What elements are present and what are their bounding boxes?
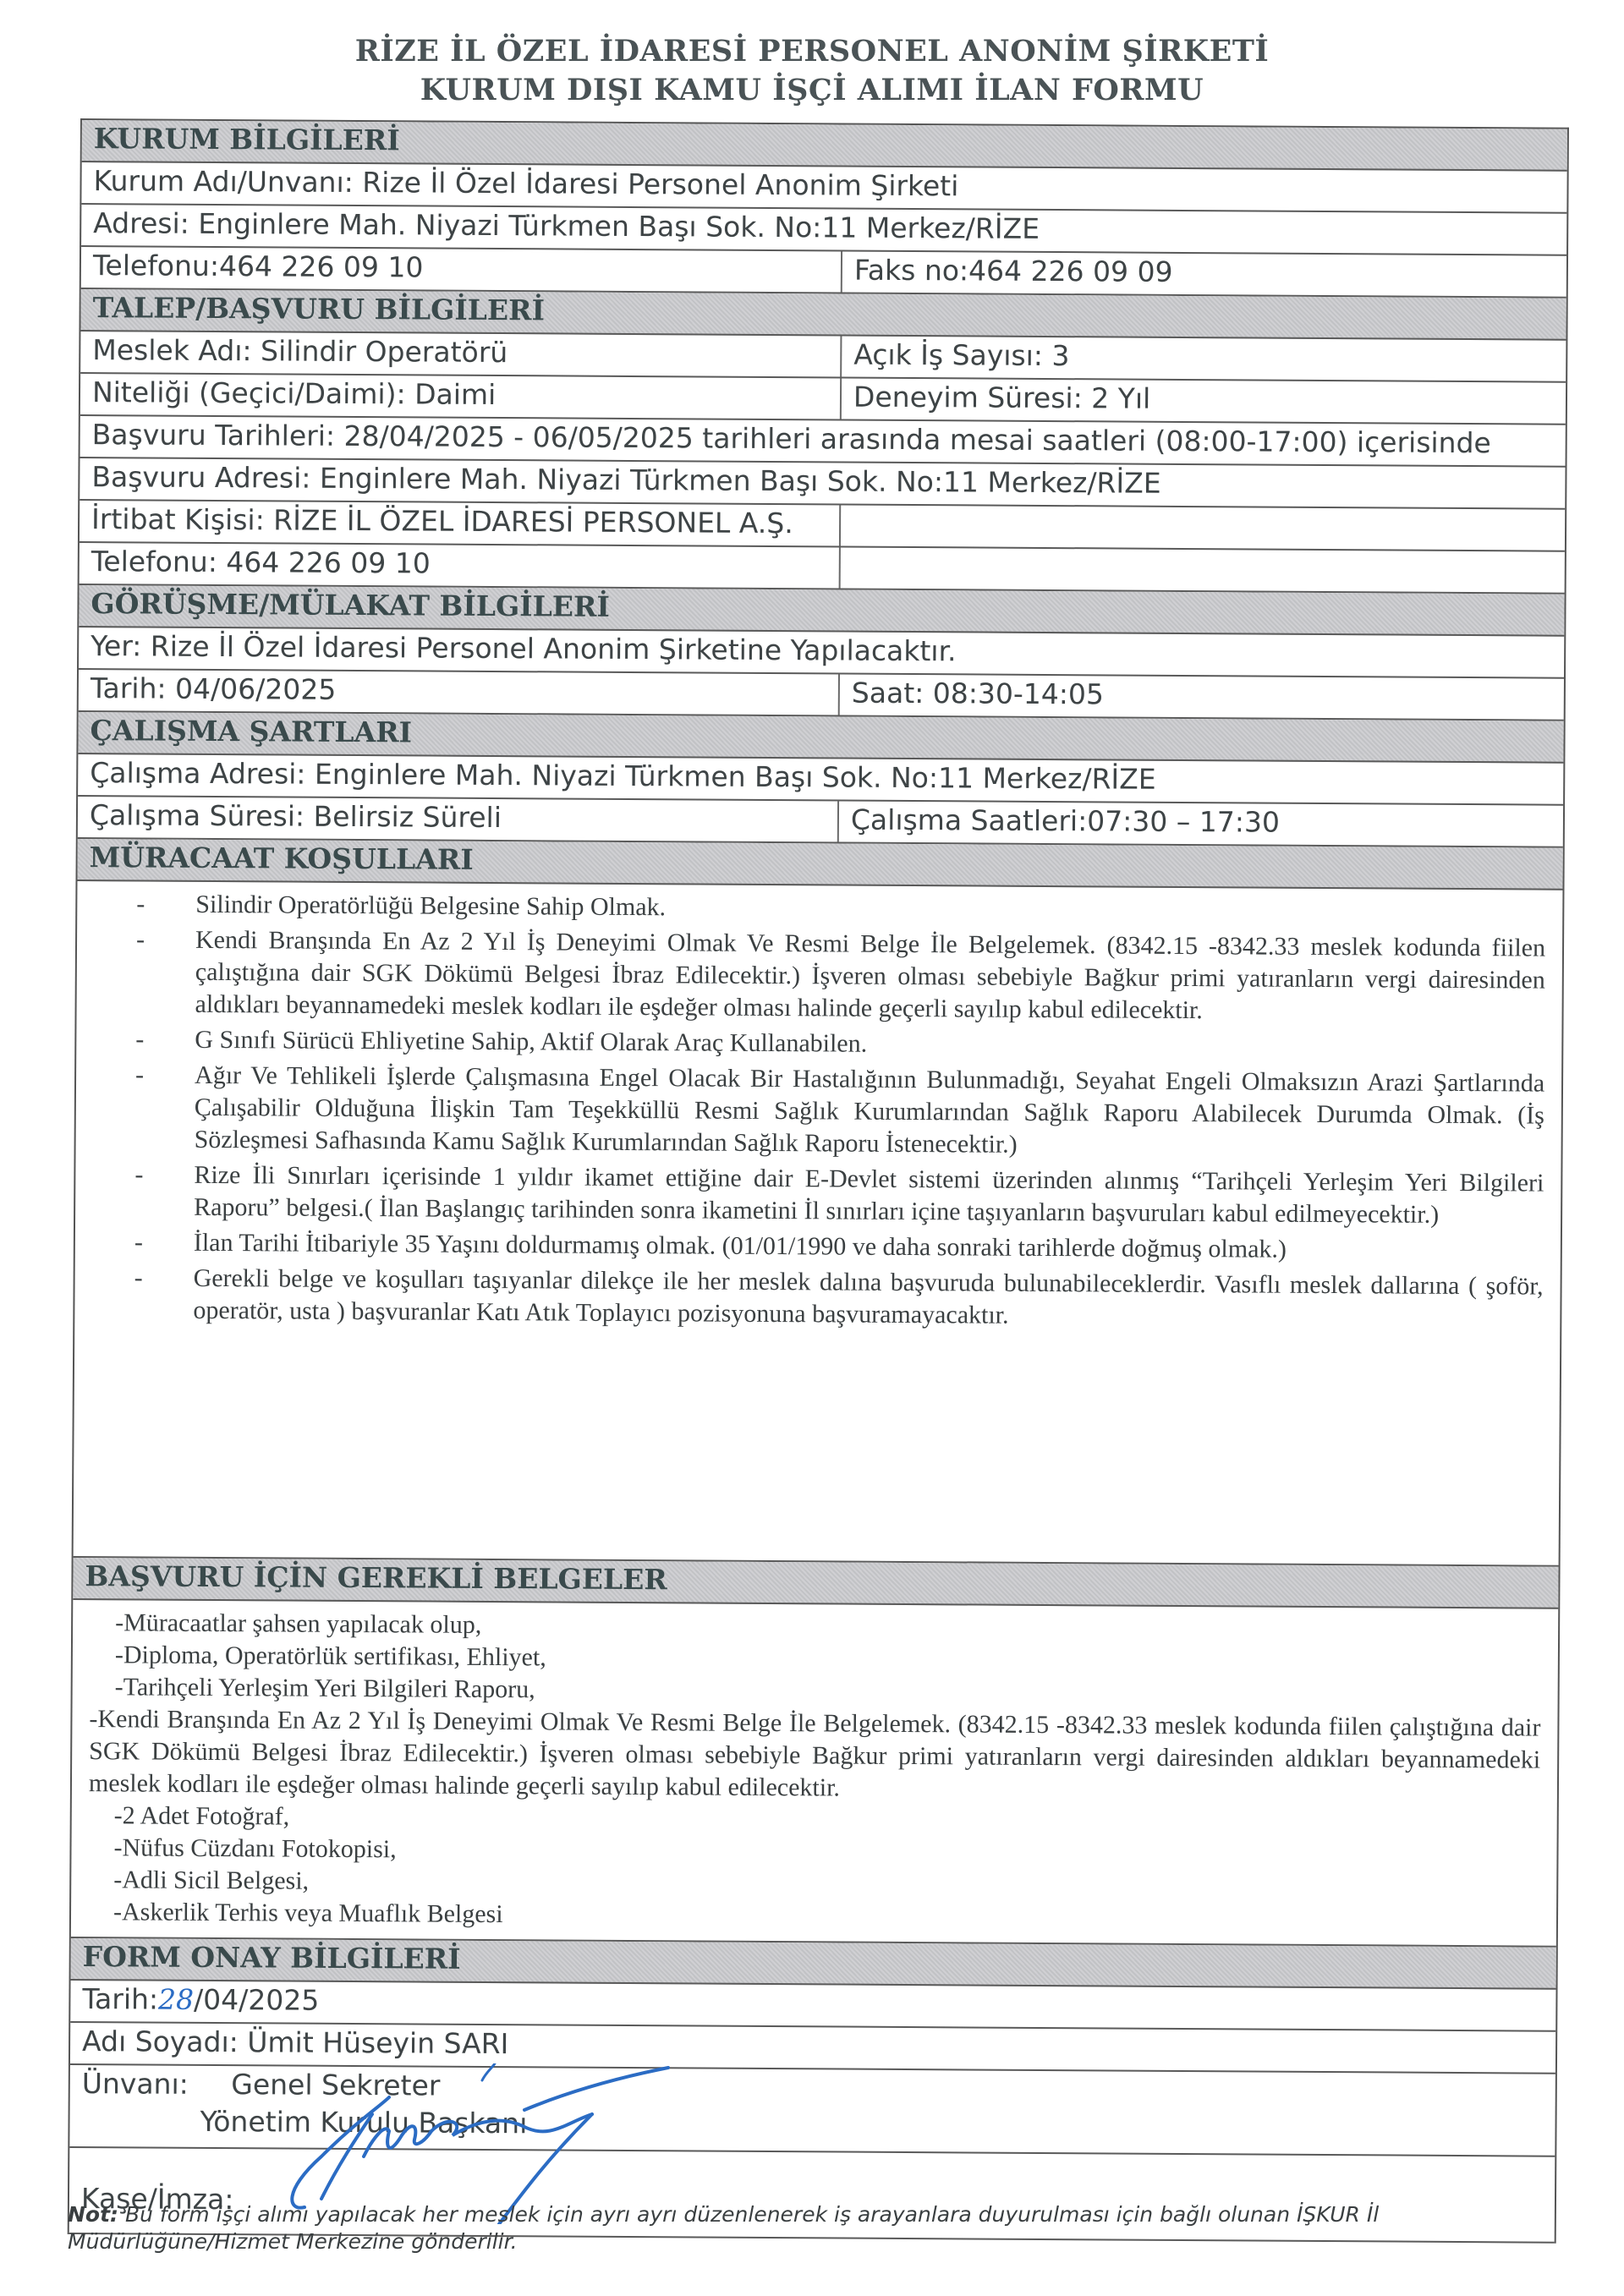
section-heading: TALEP/BAŞVURU BİLGİLERİ (80, 289, 1566, 339)
note-label: Not: (68, 2202, 118, 2227)
condition-text: İlan Tarihi İtibariyle 35 Yaşını doldurm… (194, 1229, 1287, 1263)
institution-fax: Faks no:464 226 09 09 (842, 252, 1566, 297)
footer-note: Not: Bu form işçi alımı yapılacak her me… (68, 2201, 1506, 2255)
note-text: Bu form işçi alımı yapılacak her meslek … (68, 2202, 1379, 2254)
condition-text: Gerekli belge ve koşulları taşıyanlar di… (193, 1264, 1543, 1329)
bullet-dash: - (136, 888, 145, 920)
document-title: RİZE İL ÖZEL İDARESİ PERSONEL ANONİM ŞİR… (0, 34, 1624, 68)
condition-text: G Sınıfı Sürücü Ehliyetine Sahip, Aktif … (195, 1026, 867, 1058)
section-heading: KURUM BİLGİLERİ (82, 120, 1567, 170)
section-heading: BAŞVURU İÇİN GEREKLİ BELGELER (73, 1558, 1558, 1608)
required-documents: -Müracaatlar şahsen yapılacak olup,-Dipl… (71, 1600, 1558, 1948)
section-heading: GÖRÜŞME/MÜLAKAT BİLGİLERİ (79, 585, 1564, 635)
condition-text: Ağır Ve Tehlikeli İşlerde Çalışmasına En… (195, 1061, 1545, 1159)
section-heading: FORM ONAY BİLGİLERİ (71, 1938, 1556, 1988)
interview-date: Tarih: 04/06/2025 (79, 670, 840, 715)
contact-phone: Telefonu: 464 226 09 10 (80, 543, 841, 588)
section-heading: MÜRACAAT KOŞULLARI (78, 839, 1563, 889)
condition-item: -İlan Tarihi İtibariyle 35 Yaşını doldur… (134, 1226, 1544, 1267)
contact-person: İrtibat Kişisi: RİZE İL ÖZEL İDARESİ PER… (80, 501, 841, 545)
application-conditions: -Silindir Operatörlüğü Belgesine Sahip O… (74, 881, 1563, 1567)
condition-item: -Silindir Operatörlüğü Belgesine Sahip O… (136, 888, 1545, 929)
condition-item: -Ağır Ve Tehlikeli İşlerde Çalışmasına E… (135, 1059, 1545, 1164)
institution-address: Adresi: Enginlere Mah. Niyazi Türkmen Ba… (81, 205, 1566, 255)
condition-item: -Gerekli belge ve koşulları taşıyanlar d… (134, 1262, 1543, 1334)
institution-phone: Telefonu:464 226 09 10 (81, 247, 842, 292)
approval-date: Tarih:28/04/2025 (70, 1981, 1555, 2030)
condition-text: Rize İli Sınırları içerisinde 1 yıldır i… (194, 1161, 1544, 1229)
condition-item: -Kendi Branşında En Az 2 Yıl İş Deneyimi… (135, 923, 1545, 1028)
bullet-dash: - (135, 1059, 144, 1091)
interview-time: Saat: 08:30-14:05 (840, 674, 1564, 719)
bullet-dash: - (134, 1262, 143, 1294)
handwritten-day: 28 (158, 1983, 194, 2016)
bullet-dash: - (134, 1226, 143, 1258)
employment-nature: Niteliği (Geçici/Daimi): Daimi (80, 374, 842, 419)
application-address: Başvuru Adresi: Enginlere Mah. Niyazi Tü… (80, 458, 1565, 508)
empty-cell (841, 506, 1565, 551)
condition-item: -G Sınıfı Sürücü Ehliyetine Sahip, Aktif… (135, 1023, 1544, 1064)
interview-place: Yer: Rize İl Özel İdaresi Personel Anoni… (79, 627, 1564, 677)
condition-text: Silindir Operatörlüğü Belgesine Sahip Ol… (195, 890, 666, 921)
approval-date-rest: /04/2025 (194, 1983, 319, 2017)
work-duration: Çalışma Süresi: Belirsiz Süreli (78, 797, 839, 841)
application-dates: Başvuru Tarihleri: 28/04/2025 - 06/05/20… (80, 416, 1566, 466)
section-heading: ÇALIŞMA ŞARTLARI (78, 712, 1563, 762)
empty-cell (841, 548, 1565, 593)
experience-duration: Deneyim Süresi: 2 Yıl (842, 379, 1566, 424)
profession-name: Meslek Adı: Silindir Operatörü (80, 332, 842, 376)
approval-date-label: Tarih: (82, 1982, 158, 2016)
handwritten-signature (271, 2063, 744, 2224)
bullet-dash: - (135, 1023, 144, 1055)
condition-text: Kendi Branşında En Az 2 Yıl İş Deneyimi … (195, 926, 1546, 1024)
conditions-list: -Silindir Operatörlüğü Belgesine Sahip O… (91, 888, 1545, 1334)
open-positions: Açık İş Sayısı: 3 (842, 337, 1566, 381)
bullet-dash: - (136, 923, 145, 956)
document-item: -Kendi Branşında En Az 2 Yıl İş Deneyimi… (89, 1703, 1541, 1808)
job-posting-form: KURUM BİLGİLERİ Kurum Adı/Unvanı: Rize İ… (68, 118, 1569, 2244)
document-subtitle: KURUM DIŞI KAMU İŞÇİ ALIMI İLAN FORMU (0, 73, 1624, 107)
work-address: Çalışma Adresi: Enginlere Mah. Niyazi Tü… (78, 754, 1563, 804)
bullet-dash: - (134, 1159, 143, 1191)
work-hours: Çalışma Saatleri:07:30 – 17:30 (839, 801, 1563, 846)
institution-name: Kurum Adı/Unvanı: Rize İl Özel İdaresi P… (81, 162, 1566, 212)
condition-item: -Rize İli Sınırları içerisinde 1 yıldır … (134, 1159, 1544, 1231)
title-label: Ünvanı: (82, 2067, 189, 2101)
